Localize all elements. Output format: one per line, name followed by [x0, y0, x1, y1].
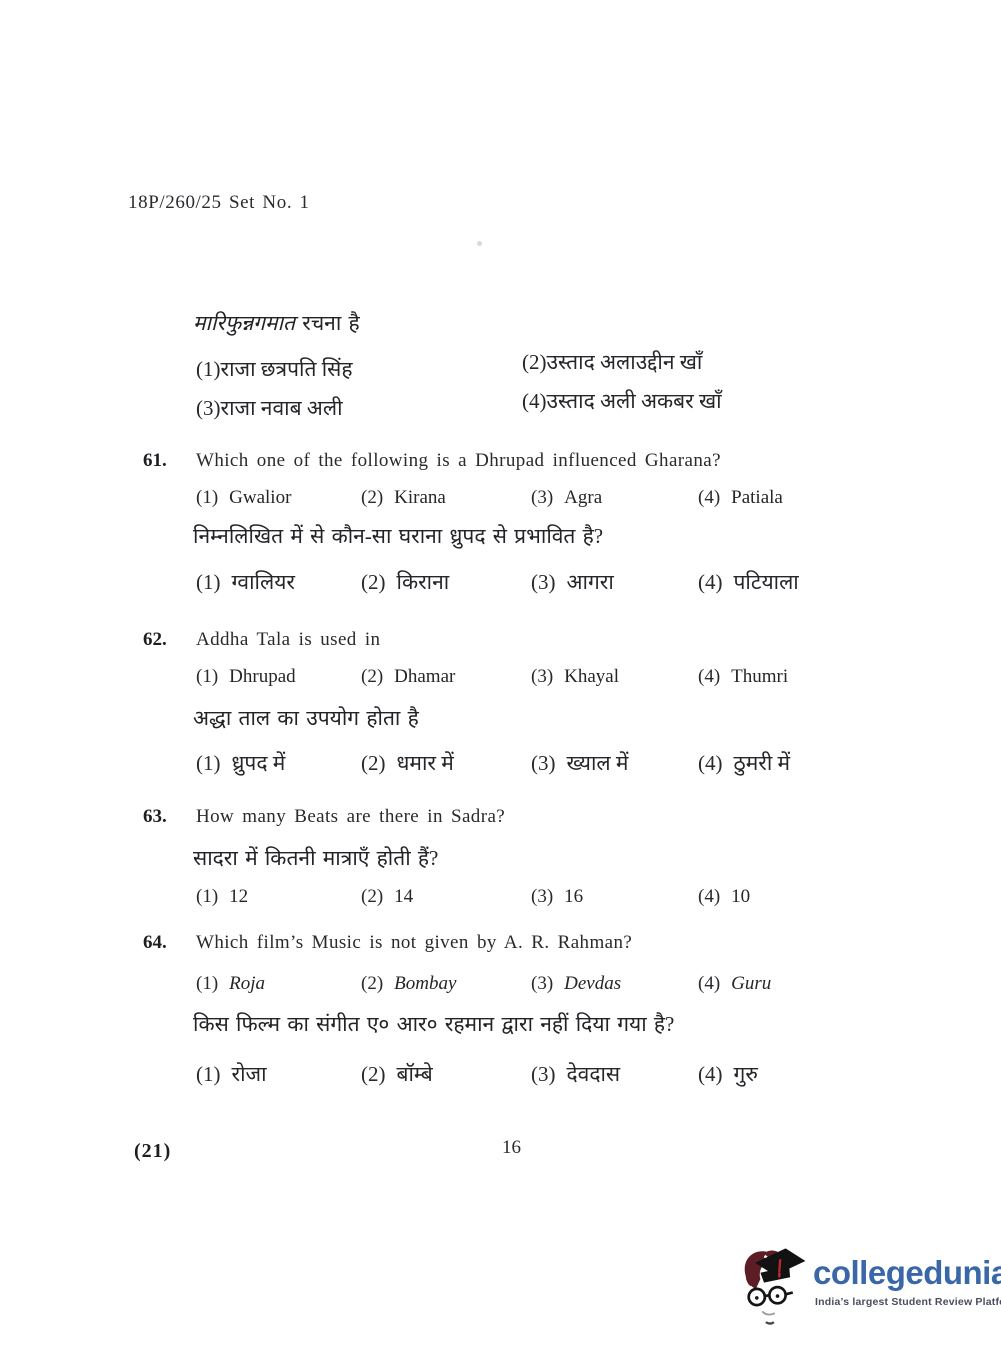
option-number: (2): [361, 751, 386, 775]
option-2: (2)Kirana: [361, 487, 446, 509]
option-number: (4): [698, 666, 720, 687]
option-1: (1)रोजा: [196, 1060, 267, 1088]
question-stem-hindi: निम्नलिखित में से कौन-सा घराना ध्रुपद से…: [193, 522, 603, 550]
option-3: (3)Agra: [531, 487, 602, 509]
option-number: (4): [698, 886, 720, 907]
options-row-hindi: (1)रोजा (2)बॉम्बे (3)देवदास (4)गुरु: [196, 1060, 856, 1090]
question-number: 63.: [143, 806, 167, 828]
options-row: (1)12 (2)14 (3)16 (4)10: [196, 886, 856, 916]
option-number: (3): [531, 666, 553, 687]
option-4: (4)उस्ताद अली अकबर खाँ: [522, 387, 722, 415]
option-number: (1): [196, 357, 221, 381]
option-label: किराना: [397, 570, 450, 594]
scan-artifact-dot: [477, 241, 482, 246]
option-3: (3)Khayal: [531, 666, 619, 688]
option-number: (1): [196, 886, 218, 907]
option-label: Khayal: [564, 666, 619, 687]
options-row-english: (1)Gwalior (2)Kirana (3)Agra (4)Patiala: [196, 487, 856, 517]
question-number: 61.: [143, 450, 167, 472]
option-label: Devdas: [564, 973, 621, 994]
watermark-logo: collegedunia .com India’s largest Studen…: [737, 1240, 995, 1340]
option-number: (4): [698, 570, 723, 594]
brand-text: collegedunia: [813, 1256, 1001, 1289]
option-label: 16: [564, 886, 583, 907]
option-2: (2)Dhamar: [361, 666, 455, 688]
exam-paper-page: 18P/260/25 Set No. 1 मारिफुन्नगमात रचना …: [0, 0, 1001, 1356]
paper-code: 18P/260/25 Set No. 1: [128, 192, 310, 214]
option-label: Thumri: [731, 666, 788, 687]
option-3: (3)ख्याल में: [531, 749, 628, 777]
option-3: (3)Devdas: [531, 973, 621, 995]
question-stem-english: Which one of the following is a Dhrupad …: [196, 450, 721, 472]
option-number: (4): [698, 1062, 723, 1086]
options-row-english: (1)Dhrupad (2)Dhamar (3)Khayal (4)Thumri: [196, 666, 856, 696]
option-2: (2)धमार में: [361, 749, 454, 777]
option-label: रोजा: [232, 1062, 267, 1086]
option-label: 12: [229, 886, 248, 907]
option-number: (2): [361, 570, 386, 594]
option-label: ध्रुपद में: [232, 751, 286, 775]
option-label: Roja: [229, 973, 265, 994]
option-4: (4)पटियाला: [698, 568, 799, 596]
option-4: (4)Patiala: [698, 487, 783, 509]
option-4: (4)Guru: [698, 973, 771, 995]
brand-line: collegedunia .com: [813, 1256, 1001, 1289]
option-number: (3): [531, 1062, 556, 1086]
question-stem-english: How many Beats are there in Sadra?: [196, 806, 505, 828]
stem-rest: रचना है: [295, 311, 360, 335]
option-number: (4): [522, 389, 547, 413]
question-stem-hindi: किस फिल्म का संगीत ए० आर० रहमान द्वारा न…: [193, 1010, 674, 1038]
option-label: उस्ताद अली अकबर खाँ: [547, 389, 722, 413]
question-stem-english: Which film’s Music is not given by A. R.…: [196, 932, 632, 954]
option-label: 10: [731, 886, 750, 907]
option-number: (4): [698, 751, 723, 775]
option-number: (3): [531, 973, 553, 994]
option-label: ग्वालियर: [232, 570, 295, 594]
question-stem-hindi: सादरा में कितनी मात्राएँ होती हैं?: [193, 844, 438, 872]
option-2: (2)बॉम्बे: [361, 1060, 433, 1088]
option-2: (2)उस्ताद अलाउद्दीन खाँ: [522, 348, 702, 376]
option-3: (3)देवदास: [531, 1060, 620, 1088]
option-label: Bombay: [394, 973, 456, 994]
option-number: (2): [361, 973, 383, 994]
option-number: (2): [361, 886, 383, 907]
option-label: गुरु: [734, 1062, 758, 1086]
option-label: ख्याल में: [567, 751, 629, 775]
option-3: (3)16: [531, 886, 583, 908]
option-label: उस्ताद अलाउद्दीन खाँ: [547, 350, 703, 374]
question-number: 64.: [143, 932, 167, 954]
option-1: (1)ध्रुपद में: [196, 749, 285, 777]
option-2: (2)Bombay: [361, 973, 456, 995]
option-label: ठुमरी में: [734, 751, 791, 775]
option-label: 14: [394, 886, 413, 907]
option-label: Patiala: [731, 487, 783, 508]
option-4: (4)गुरु: [698, 1060, 758, 1088]
option-label: देवदास: [567, 1062, 621, 1086]
option-1: (1)Gwalior: [196, 487, 291, 509]
question-stem-english: Addha Tala is used in: [196, 629, 380, 651]
question-stem-hindi: मारिफुन्नगमात रचना है: [193, 309, 360, 337]
options-row-english: (1)Roja (2)Bombay (3)Devdas (4)Guru: [196, 973, 856, 1003]
option-label: Dhrupad: [229, 666, 295, 687]
option-label: Gwalior: [229, 487, 291, 508]
options-row-hindi: (1)ग्वालियर (2)किराना (3)आगरा (4)पटियाला: [196, 568, 856, 598]
student-mascot-icon: [737, 1240, 809, 1336]
option-number: (1): [196, 973, 218, 994]
question-number: 62.: [143, 629, 167, 651]
option-1: (1)Roja: [196, 973, 265, 995]
option-number: (3): [196, 396, 221, 420]
option-1: (1)Dhrupad: [196, 666, 296, 688]
option-1: (1)ग्वालियर: [196, 568, 295, 596]
stem-term: मारिफुन्नगमात: [193, 311, 295, 335]
option-4: (4)Thumri: [698, 666, 788, 688]
options-row-hindi: (1)ध्रुपद में (2)धमार में (3)ख्याल में (…: [196, 749, 856, 779]
option-number: (1): [196, 570, 221, 594]
option-4: (4)ठुमरी में: [698, 749, 790, 777]
option-2: (2)किराना: [361, 568, 449, 596]
option-4: (4)10: [698, 886, 750, 908]
option-number: (3): [531, 751, 556, 775]
option-number: (2): [522, 350, 547, 374]
footer-booklet-number: (21): [134, 1140, 171, 1163]
question-stem-hindi: अद्धा ताल का उपयोग होता है: [193, 704, 419, 732]
option-label: बॉम्बे: [397, 1062, 433, 1086]
option-number: (2): [361, 487, 383, 508]
option-number: (4): [698, 487, 720, 508]
option-number: (2): [361, 666, 383, 687]
option-number: (3): [531, 886, 553, 907]
option-label: Kirana: [394, 487, 446, 508]
option-number: (1): [196, 666, 218, 687]
option-3: (3)आगरा: [531, 568, 614, 596]
footer-page-number: 16: [502, 1137, 521, 1159]
option-1: (1)12: [196, 886, 248, 908]
option-number: (4): [698, 973, 720, 994]
brand-tagline: India’s largest Student Review Platform: [815, 1296, 1001, 1308]
option-label: राजा छत्रपति सिंह: [221, 357, 353, 381]
option-label: राजा नवाब अली: [221, 396, 343, 420]
option-label: धमार में: [397, 751, 454, 775]
option-label: Dhamar: [394, 666, 455, 687]
option-label: पटियाला: [734, 570, 799, 594]
option-number: (1): [196, 1062, 221, 1086]
option-label: Guru: [731, 973, 771, 994]
option-number: (1): [196, 751, 221, 775]
option-number: (2): [361, 1062, 386, 1086]
option-1: (1)राजा छत्रपति सिंह: [196, 355, 353, 383]
option-label: आगरा: [567, 570, 614, 594]
option-label: Agra: [564, 487, 602, 508]
option-2: (2)14: [361, 886, 413, 908]
option-3: (3)राजा नवाब अली: [196, 394, 343, 422]
option-number: (3): [531, 570, 556, 594]
option-number: (1): [196, 487, 218, 508]
option-number: (3): [531, 487, 553, 508]
